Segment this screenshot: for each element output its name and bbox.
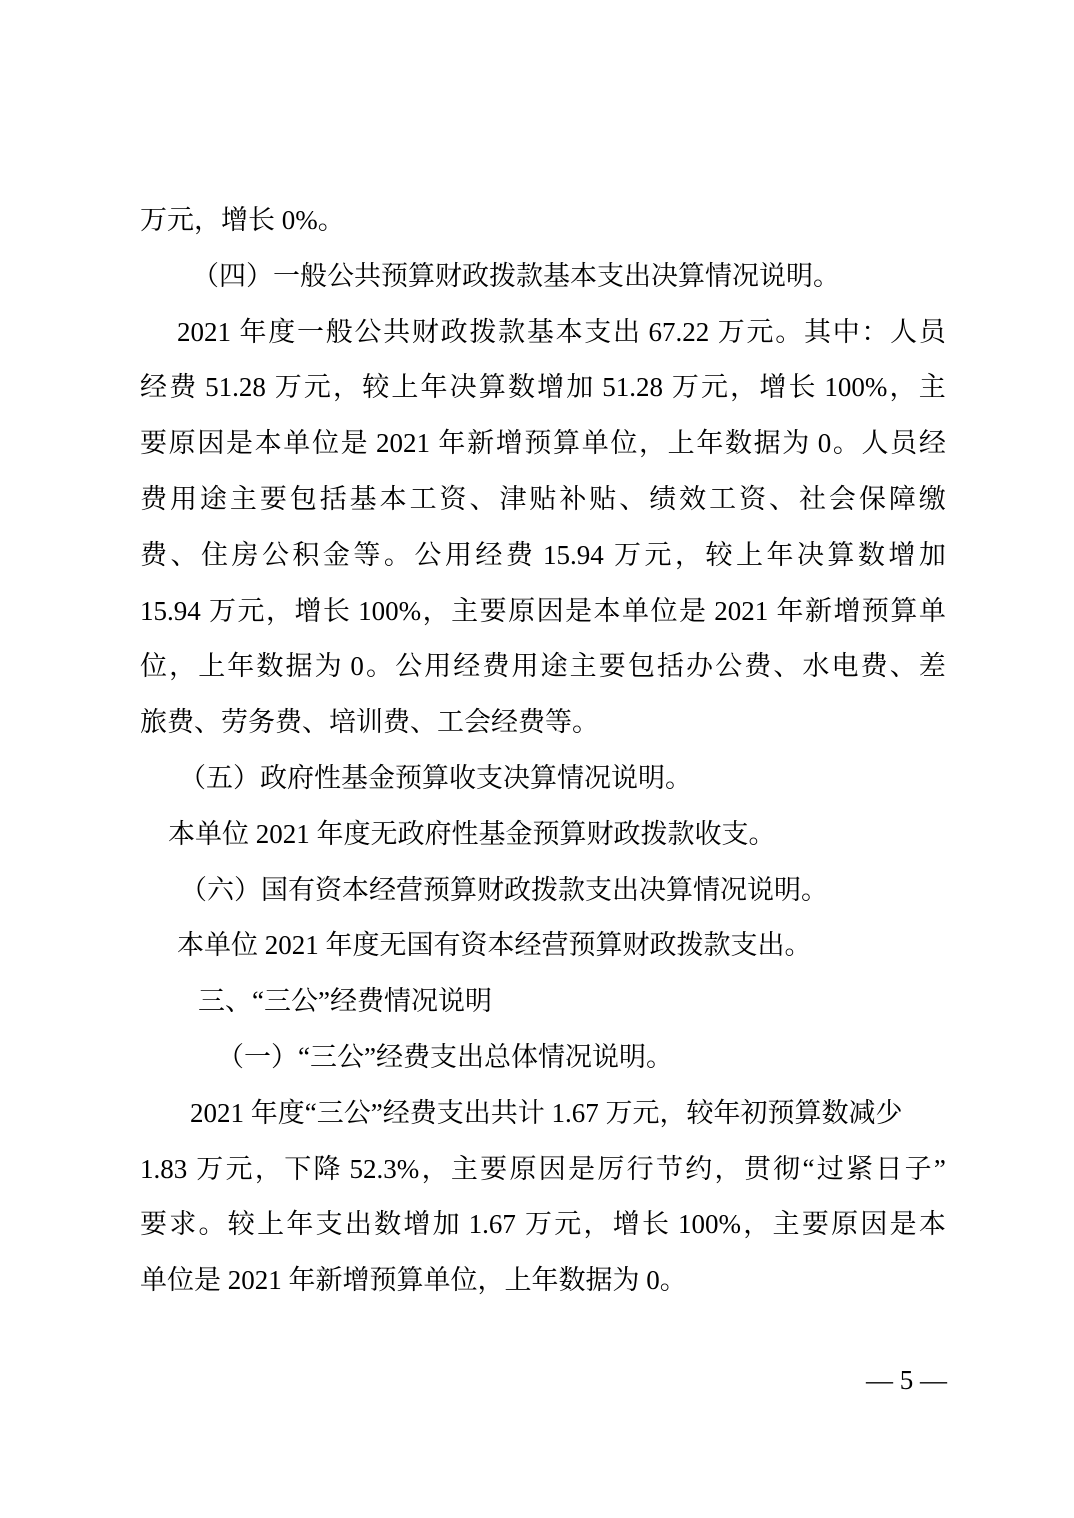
- text-line: 2021 年度“三公”经费支出共计 1.67 万元，较年初预算数减少: [140, 1086, 946, 1142]
- text-line: 1.83 万元，下降 52.3%，主要原因是厉行节约，贯彻“过紧日子”: [140, 1142, 946, 1198]
- text-line: 要求。较上年支出数增加 1.67 万元，增长 100%，主要原因是本: [140, 1197, 946, 1253]
- text-line: 本单位 2021 年度无国有资本经营预算财政拨款支出。: [140, 918, 946, 974]
- document-page: 万元，增长 0%。（四）一般公共预算财政拨款基本支出决算情况说明。2021 年度…: [0, 0, 1074, 1518]
- document-body: 万元，增长 0%。（四）一般公共预算财政拨款基本支出决算情况说明。2021 年度…: [140, 193, 946, 1309]
- text-line: （一）“三公”经费支出总体情况说明。: [140, 1030, 946, 1086]
- text-line: 费用途主要包括基本工资、津贴补贴、绩效工资、社会保障缴: [140, 472, 946, 528]
- text-line: 费、住房公积金等。公用经费 15.94 万元，较上年决算数增加: [140, 528, 946, 584]
- text-line: （六）国有资本经营预算财政拨款支出决算情况说明。: [140, 863, 946, 919]
- text-line: 要原因是本单位是 2021 年新增预算单位，上年数据为 0。人员经: [140, 416, 946, 472]
- text-line: 15.94 万元，增长 100%，主要原因是本单位是 2021 年新增预算单: [140, 584, 946, 640]
- text-line: 单位是 2021 年新增预算单位，上年数据为 0。: [140, 1253, 946, 1309]
- text-line: 2021 年度一般公共财政拨款基本支出 67.22 万元。其中：人员: [140, 305, 946, 361]
- text-line: 旅费、劳务费、培训费、工会经费等。: [140, 695, 946, 751]
- text-line: 本单位 2021 年度无政府性基金预算财政拨款收支。: [140, 807, 946, 863]
- text-line: （五）政府性基金预算收支决算情况说明。: [140, 751, 946, 807]
- text-line: （四）一般公共预算财政拨款基本支出决算情况说明。: [140, 249, 946, 305]
- page-number: — 5 —: [866, 1363, 947, 1397]
- text-line: 三、“三公”经费情况说明: [140, 974, 946, 1030]
- text-line: 万元，增长 0%。: [140, 193, 946, 249]
- text-line: 经费 51.28 万元，较上年决算数增加 51.28 万元，增长 100%，主: [140, 360, 946, 416]
- text-line: 位，上年数据为 0。公用经费用途主要包括办公费、水电费、差: [140, 639, 946, 695]
